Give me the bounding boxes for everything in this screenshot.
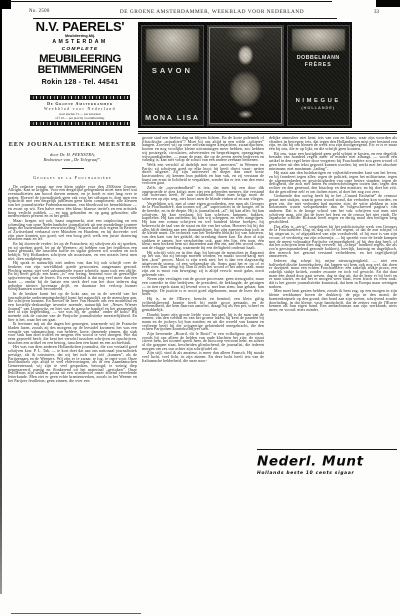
subscription-subtitle: Weekblad voor Nederland (30, 107, 130, 111)
article-paragraph: Hij is, in de l'Œuvre, berucht en bemind… (142, 297, 264, 312)
advert-line-betimmeringen: BETIMMERINGEN (26, 65, 134, 76)
advert-address: Rokin 128 - Tel. 44541 (26, 79, 134, 86)
nimegue-label: NIMEGUE (288, 98, 349, 104)
ornament-strip-bottom (30, 121, 130, 126)
savon-label: SAVON (142, 66, 204, 75)
hollande-label: (HOLLANDE) (288, 106, 349, 110)
page-number: 33 (374, 9, 379, 15)
mona-lisa-painting (207, 25, 284, 126)
cigar-slogan: Hollands beste 10 cents sigaar (257, 471, 397, 476)
freres-label: FRÈRES (288, 62, 349, 68)
scan-edge-top (8, 1, 332, 3)
column-1-text: De redactie vraagt me een klein stukje v… (8, 185, 137, 383)
landscape-image (292, 29, 345, 51)
article-paragraph: Welk een verschil al dadelijk met onze „… (142, 163, 264, 185)
article-paragraph: Bij ons, waar een kortigheid geen geld s… (269, 152, 397, 171)
article-column-1: EEN JOURNALISTIEKE MEESTER door Dr. H. F… (8, 137, 137, 486)
article-paragraph: Dat alles is „série”, vergeleken bij het… (269, 225, 397, 258)
article-paragraph: Iederen dag schept hij, mijne nieuwsgier… (269, 259, 397, 289)
landscape-image (146, 29, 200, 62)
article-paragraph: In de keuken komt het op de koks aan, en… (8, 292, 137, 322)
article-paragraph: Gedurende den oorlog heeft hij in het „C… (269, 194, 397, 224)
article-paragraph: Vergelijken wij, met al onze eigen groot… (142, 202, 264, 250)
article-paragraph: Hij schrijft vóór en in den dag; hij bet… (142, 251, 264, 277)
dobbelmann-panel: DOBBELMANN FRÈRES NIMEGUE (HOLLANDE) (287, 25, 350, 126)
paerels-advert: N.V. PAERELS' Meubileering-Mij. AMSTERDA… (26, 20, 134, 86)
article-paragraph: Hij staat aan den luchthartigen en vrijh… (269, 171, 397, 193)
ornament-strip-top (30, 95, 130, 100)
article-paragraph: groote stad een heelen dag na blijven li… (142, 136, 264, 162)
issue-number: No. 2500 (29, 9, 50, 14)
article-title: EEN JOURNALISTIEKE MEESTER (8, 141, 137, 149)
advert-company-name: N.V. PAERELS' (26, 20, 134, 33)
mona-lisa-label: MONA LISA (142, 113, 204, 122)
article-paragraph: delijke atmosfeer niet kent; iets van zo… (269, 136, 397, 151)
advert-subtitle: Meubileering-Mij. (26, 34, 134, 38)
article-paragraph: Neem zijn verslagen van de groote proces… (142, 277, 264, 296)
subscription-price-year: of f 10.— per jaar bij vooruitbetaling. (30, 116, 130, 120)
article-column-2: groote stad een heelen dag na blijven li… (142, 136, 264, 486)
triptych-photo: SAVON MONA LISA DOBBELMANN FRÈRES NIMEGU… (138, 22, 352, 128)
article-subject: Georges de la Fouchardière (8, 176, 137, 180)
article-paragraph: De redactie vraagt me een klein stukje v… (8, 185, 137, 218)
dobbelmann-label: DOBBELMANN (288, 55, 349, 61)
scan-edge-top-right (376, 0, 400, 7)
article-paragraph: Men moet hem gezien hebben, zooals ik he… (269, 289, 397, 311)
article-paragraph: En hij doceerde verder: let op de Fransc… (8, 242, 137, 261)
nederl-munt-advert: Nederl. Munt Hollands beste 10 cents sig… (257, 449, 397, 476)
article-paragraph: Zijn stijl, vind ik als amateur, is meer… (142, 351, 264, 362)
article-column-3: delijke atmosfeer niet kent; iets van zo… (269, 136, 397, 448)
article-paragraph: Zijn beroemde „Bicard, dit le Bouif” is … (142, 332, 264, 351)
advert-complete: COMPLETE (26, 47, 134, 52)
subscription-box: De Groene Amsterdammer Weekblad voor Ned… (30, 95, 130, 126)
advert-city: AMSTERDAM (26, 39, 134, 45)
subscription-title: De Groene Amsterdammer (30, 101, 130, 106)
byline-divider (62, 168, 84, 169)
savon-panel: SAVON MONA LISA (141, 25, 205, 126)
article-paragraph: Hij sprak er natuurlijk niet anders van,… (8, 261, 137, 291)
article-paragraph: Daarbij komt zijn groote liefde voor het… (142, 313, 264, 332)
newspaper-page: No. 2500 DE GROENE AMSTERDAMMER, WEEKBLA… (0, 0, 400, 616)
article-byline-role: Redacteur van „De Telegraaf”. (8, 157, 137, 162)
cigar-brand-name: Nederl. Munt (257, 456, 397, 468)
article-paragraph: Het was van dien anderen Hollandschen jo… (8, 345, 137, 382)
article-paragraph: Ik herinner mij uit die dagen het genoeg… (8, 322, 137, 344)
advert-rule (257, 449, 397, 450)
article-paragraph: Maar: kregen wij ook, haast ongemerkt, n… (8, 219, 137, 241)
scan-edge-left (0, 0, 2, 594)
article-paragraph: Zelfs de „opvoedendheid” is iets, dat me… (142, 186, 264, 201)
photo-bottom-rule (138, 131, 397, 134)
masthead: DE GROENE AMSTERDAMMER, WEEKBLAD VOOR NE… (88, 9, 336, 15)
scan-edge-bottom (11, 613, 141, 615)
